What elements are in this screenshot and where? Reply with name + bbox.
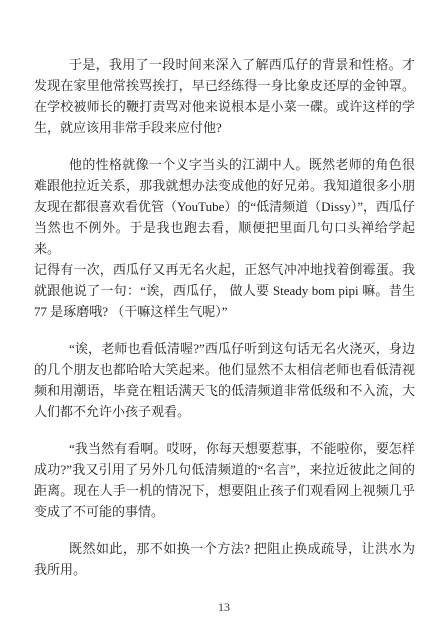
paragraph: 既然如此，那不如换一个方法? 把阻止换成疏导，让洪水为我所用。	[34, 538, 415, 580]
paragraph: 他的性格就像一个义字当头的江湖中人。既然老师的角色很难跟他拉近关系，那我就想办法…	[34, 154, 415, 259]
paragraph: 于是，我用了一段时间来深入了解西瓜仔的背景和性格。才发现在家里他常挨骂挨打，早已…	[34, 54, 415, 138]
document-page: 于是，我用了一段时间来深入了解西瓜仔的背景和性格。才发现在家里他常挨骂挨打，早已…	[0, 0, 448, 640]
paragraph: “我当然有看啊。哎呀，你每天想要惹事，不能啦你，要怎样成功?”我又引用了另外几句…	[34, 438, 415, 522]
page-body: 于是，我用了一段时间来深入了解西瓜仔的背景和性格。才发现在家里他常挨骂挨打，早已…	[34, 54, 415, 580]
paragraph: “诶，老师也看低清喔?”西瓜仔听到这句话无名火浇灭，身边的几个朋友也都哈哈大笑起…	[34, 338, 415, 422]
paragraph: 记得有一次，西瓜仔又再无名火起，正怒气冲冲地找着倒霉蛋。我就跟他说了一句：“诶，…	[34, 259, 415, 322]
page-number: 13	[0, 600, 448, 615]
